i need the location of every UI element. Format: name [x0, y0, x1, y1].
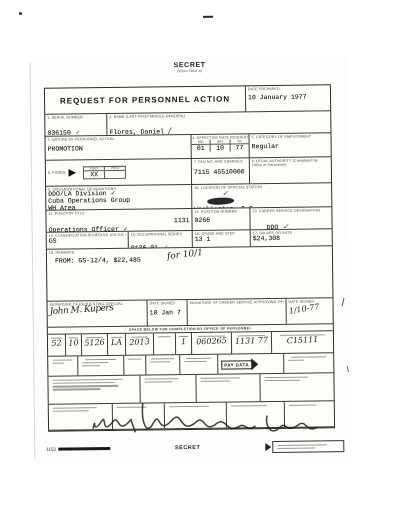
fine-print-cell — [260, 373, 333, 401]
date-signed-label: DATE SIGNED — [150, 301, 185, 306]
fine-print-cell — [227, 402, 285, 428]
code-cell-label — [156, 334, 173, 337]
code-cell — [180, 355, 218, 374]
position-title-cell: 11. POSITION TITLE Operations Officer ✓ … — [46, 209, 192, 232]
scan-artifact — [203, 16, 213, 18]
code-cell-value: C15111 — [274, 334, 331, 346]
fan-number-cell: 7. FAN NO. AND CHARGES 7115 45510000 — [192, 158, 250, 184]
code-cell — [146, 355, 180, 374]
redaction-bar — [58, 448, 110, 452]
code-cell-value: 2013 — [128, 337, 151, 347]
code-cell — [284, 353, 333, 373]
date-prepared-cell: DATE PREPARED 10 January 1977 — [246, 85, 330, 111]
career-service-value: DDO — [267, 224, 279, 229]
serial-number-cell: 1. SERIAL NUMBER 036150 ✓ — [45, 114, 107, 136]
career-service-cell: 13. CAREER SERVICE DESIGNATION DDO ✓ — [250, 207, 331, 229]
effective-day-label: DAY — [211, 140, 230, 144]
pay-data-arrow-stamp: PAY DATA — [221, 358, 280, 371]
personnel-action-form: REQUEST FOR PERSONNEL ACTION DATE PREPAR… — [44, 84, 335, 431]
pen-check-mark: ✓ — [222, 188, 329, 197]
code-cell-value: 1131 77 — [234, 335, 269, 346]
code-cell: 1 — [176, 333, 192, 354]
code-cell-value: LA — [110, 338, 123, 348]
salary-cell: 17. SALARY OR RATE $24,308 — [251, 229, 332, 246]
code-cell-value: 10 — [68, 338, 79, 348]
code-cell — [124, 356, 146, 375]
name-cell: 2. NAME (LAST-FIRST-MIDDLE-(MAIDEN)) Flo… — [107, 111, 330, 135]
legal-authority-cell: 8. LEGAL AUTHORITY (Completed by Office … — [250, 157, 331, 183]
scanned-document: SECRET (When Filled In) REQUEST FOR PERS… — [0, 0, 394, 512]
requesting-signature-cell: SIGNATURE OF REQUESTING OFFICIAL John M.… — [47, 301, 147, 327]
code-cell-label — [50, 357, 75, 360]
code-cell — [48, 356, 78, 375]
row-signatures: SIGNATURE OF REQUESTING OFFICIAL John M.… — [47, 298, 332, 327]
form-title: REQUEST FOR PERSONNEL ACTION — [60, 95, 230, 106]
org-line-3: WH Area — [48, 204, 75, 210]
scan-artifact — [347, 366, 349, 372]
occupational-series-value: 0136.01 — [131, 245, 158, 248]
funds-prev-label: PREV — [105, 167, 125, 170]
approving-date-cell: DATE SIGNED 1/10-77 — [286, 298, 332, 324]
name-value: Flores, Daniel — [109, 128, 164, 135]
form-title-cell: REQUEST FOR PERSONNEL ACTION — [45, 86, 246, 113]
code-cell: C15111 — [272, 331, 333, 353]
effective-month-label: MO — [192, 140, 211, 144]
code-cell: 2013 — [126, 333, 154, 354]
effective-date-cell: 4. EFFECTIVE DATE REQUESTED MO DAY YR 01… — [191, 134, 249, 158]
code-cell — [78, 356, 124, 376]
effective-year-label: YR — [230, 139, 248, 143]
code-cell-value: 1 — [178, 337, 189, 347]
row-organization: 9. ORGANIZATIONAL DESIGNATIONS DDO/LA Di… — [46, 183, 331, 210]
fine-print-cell — [196, 374, 260, 402]
form-paper: SECRET (When Filled In) REQUEST FOR PERS… — [32, 54, 353, 466]
grade-step-value: 13 1 — [195, 235, 248, 243]
remarks-cell: 18. REMARKS FROM: GS-12/4, $22,485 for 1… — [47, 246, 333, 300]
position-number-label: 12. POSITION NUMBER — [194, 209, 247, 214]
row-title: REQUEST FOR PERSONNEL ACTION DATE PREPAR… — [45, 85, 330, 114]
classification-schedule-cell: 14. CLASSIFICATION SCHEDULE (GS-GG etc.)… — [47, 232, 129, 249]
position-title-code: 1131 — [174, 217, 190, 232]
occupational-series-cell: 15. OCCUPATIONAL SERIES 0136.01 ✓ — [129, 231, 193, 248]
footer-form-number: 1152 — [46, 447, 56, 452]
declassification-stamp-box — [272, 440, 344, 453]
scan-artifact — [19, 12, 22, 15]
ink-scribble-redaction — [207, 197, 234, 206]
approving-signature-cell: SIGNATURE OF CAREER SERVICE APPROVING OF… — [187, 299, 286, 325]
date-prepared-value: 10 January 1977 — [248, 93, 328, 101]
funds-cell: 6. FUNDS ▶ CERT PREV XX — [46, 159, 192, 186]
classification-bottom-label: SECRET — [175, 445, 200, 451]
coding-grid-row-3 — [48, 373, 333, 404]
code-cell-label — [286, 354, 331, 358]
effective-year-value: 77 — [230, 144, 248, 151]
code-cell-label — [148, 356, 177, 359]
code-cell: 060265 — [192, 333, 232, 354]
footer-stamp-group — [265, 440, 344, 453]
category-cell: 5. CATEGORY OF EMPLOYMENT Regular — [249, 133, 330, 157]
fan-number-label: 7. FAN NO. AND CHARGES — [194, 159, 247, 164]
fan-number-value: 7115 45510000 — [194, 168, 247, 176]
fine-print-cell — [285, 401, 334, 427]
requesting-date-value: 10 Jan 7 — [150, 309, 185, 316]
row-action: 3. NATURE OF PERSONNEL ACTION PROMOTION … — [45, 133, 330, 160]
fine-print-cell — [140, 375, 196, 403]
code-cell-label — [80, 357, 121, 361]
nature-of-action-cell: 3. NATURE OF PERSONNEL ACTION PROMOTION — [45, 135, 191, 160]
code-cell-value: 5126 — [84, 338, 105, 348]
form-footer: 1152 SECRET — [46, 440, 344, 456]
arrow-icon — [265, 443, 271, 451]
code-cell: LA — [108, 334, 126, 355]
serial-number-value: 036150 — [47, 130, 70, 136]
position-number-cell: 12. POSITION NUMBER 0266 — [192, 208, 250, 230]
classification-schedule-value: GS — [49, 237, 126, 245]
code-cell-label — [182, 356, 215, 359]
funds-mark-value: XX — [84, 171, 105, 178]
check-mark-icon: ✓ — [75, 129, 80, 135]
pen-check-mark: ✓ — [163, 244, 168, 247]
code-cell: 1131 77 — [232, 332, 272, 353]
position-title-value: Operations Officer — [49, 226, 119, 232]
requesting-date-cell: DATE SIGNED 10 Jan 7 — [147, 300, 187, 325]
fine-print-cell — [165, 403, 227, 429]
nature-of-action-label: 3. NATURE OF PERSONNEL ACTION — [47, 136, 188, 142]
nature-of-action-value: PROMOTION — [48, 144, 189, 153]
arrow-tip-icon — [251, 358, 258, 370]
position-number-value: 0266 — [194, 216, 247, 224]
category-label: 5. CATEGORY OF EMPLOYMENT — [251, 134, 328, 139]
code-cell-value: 52 — [50, 338, 63, 348]
funds-label: 6. FUNDS — [48, 171, 66, 175]
code-cell — [154, 333, 176, 354]
position-title-label: 11. POSITION TITLE — [48, 210, 189, 216]
row-funds: 6. FUNDS ▶ CERT PREV XX 7. FAN — [46, 157, 331, 186]
pen-slash-mark: / — [168, 126, 171, 135]
salary-value: $24,308 — [253, 234, 330, 242]
funds-cert-label: CERT — [84, 167, 105, 170]
effective-month-value: 01 — [192, 145, 211, 152]
location-cell: 10. LOCATION OF OFFICIAL STATION ✓ Washi… — [192, 183, 331, 208]
row-remarks: 18. REMARKS FROM: GS-12/4, $22,485 for 1… — [47, 246, 333, 301]
footer-form-number-group: 1152 — [46, 447, 110, 453]
fine-print-cell — [48, 376, 140, 404]
org-designations-cell: 9. ORGANIZATIONAL DESIGNATIONS DDO/LA Di… — [46, 185, 192, 210]
pay-data-stamp-text: PAY DATA — [221, 360, 252, 369]
category-value: Regular — [252, 142, 329, 150]
serial-number-label: 1. SERIAL NUMBER — [47, 115, 104, 120]
coding-grid-row-4 — [49, 401, 334, 430]
code-cell: 10 — [66, 334, 82, 355]
approving-signature-label: SIGNATURE OF CAREER SERVICE APPROVING OF… — [190, 300, 284, 305]
effective-day-value: 10 — [211, 145, 230, 152]
fine-print-cell — [113, 403, 165, 429]
date-prepared-label: DATE PREPARED — [248, 86, 328, 91]
code-cell: 5126 — [82, 334, 108, 355]
grade-step-cell: 16. GRADE AND STEP 13 1 — [193, 230, 251, 247]
legal-authority-label: 8. LEGAL AUTHORITY (Completed by Office … — [252, 158, 329, 167]
fine-print-cell — [49, 404, 113, 430]
code-cell-label — [126, 357, 143, 360]
scan-artifact — [342, 298, 345, 306]
code-cell: 52 — [48, 335, 66, 356]
career-service-label: 13. CAREER SERVICE DESIGNATION — [252, 208, 329, 213]
code-cell-value: 060265 — [194, 336, 229, 347]
pen-check-mark: ✓ — [283, 223, 289, 229]
classification-header: SECRET (When Filled In) — [32, 60, 348, 75]
funds-arrow-icon: ▶ — [68, 168, 76, 178]
pay-data-stamp-cell: PAY DATA — [218, 354, 284, 374]
